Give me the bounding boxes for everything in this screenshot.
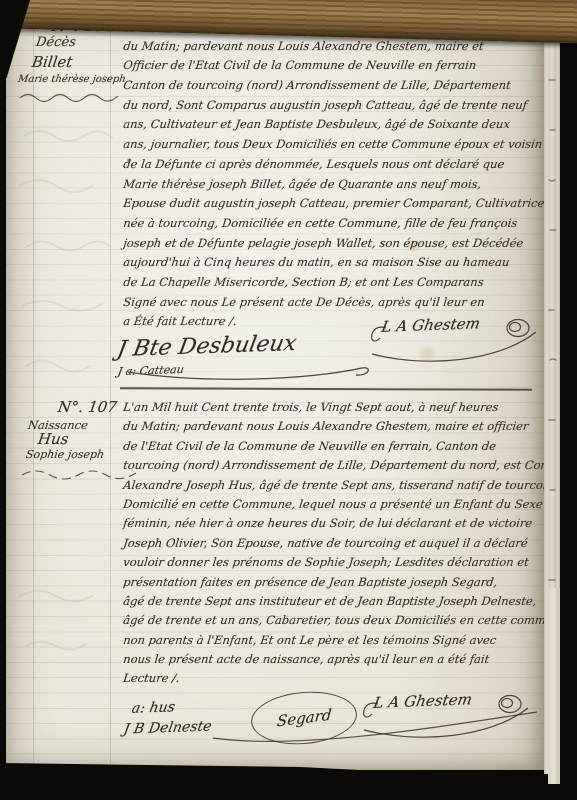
act-body-line: tourcoing (nord) Arrondissement de Lille… <box>122 456 577 475</box>
act-given-names: Marie thérèse joseph <box>17 74 126 85</box>
act-body-line: joseph et de Défunte pelagie joseph Wall… <box>122 234 545 254</box>
act-body-line: vouloir donner les prénoms de Sophie Jos… <box>122 553 577 572</box>
act-body-line: de la Défunte ci après dénommée, Lesquel… <box>122 155 545 175</box>
act-body-line: non parents à l'Enfant, Et ont Le père e… <box>122 631 577 650</box>
scan-background-left <box>0 0 6 800</box>
act-body: L'an Mil huit Cent trente trois, le Ving… <box>122 17 543 332</box>
signature-ghestem-name: L A Ghestem <box>372 690 474 711</box>
act-body-line: Joseph Olivier, Son Epouse, native de to… <box>122 534 577 553</box>
signature-ghestem: L A Ghestem <box>358 684 538 746</box>
act-number: N°. 107 <box>57 398 118 416</box>
act-body-line: du Matin; pardevant nous Louis Alexandre… <box>122 417 577 436</box>
act-body-line: présentation faites en présence de Jean … <box>122 573 577 592</box>
signature-desbuleux: J Bte Desbuleux <box>115 331 298 362</box>
signature-segard: Segard <box>276 706 332 731</box>
act-surname: Billet <box>31 53 74 71</box>
act-body: L'an Mil huit Cent trente trois, le Ving… <box>122 398 577 689</box>
signature-ghestem-name: L A Ghestem <box>380 314 482 335</box>
act-body-line: ans, journalier, tous Deux Domiciliés en… <box>122 135 545 155</box>
act-body-line: féminin, née hier à onze heures du Soir,… <box>122 514 577 533</box>
act-separator-rule <box>120 387 532 390</box>
margin-rule-left <box>33 16 34 770</box>
act-body-line: Epouse dudit augustin joseph Catteau, pr… <box>122 194 545 214</box>
act-given-names: Sophie joseph <box>25 448 105 461</box>
act-surname: Hus <box>37 430 70 448</box>
act-body-line: L'an Mil huit Cent trente trois, le Ving… <box>122 398 577 417</box>
act-body-line: âgé de trente Sept ans instituteur et de… <box>122 592 577 611</box>
act-body-line: aujourd'hui à Cinq heures du matin, en s… <box>122 253 545 273</box>
act-body-line: née à tourcoing, Domiciliée en cette Com… <box>122 214 545 234</box>
signature-catteau: J a: Catteau <box>117 363 185 378</box>
act-body-line: âgé de trente et un ans, Cabaretier, tou… <box>122 611 577 630</box>
act-body-line: du nord, Sont Comparus augustin joseph C… <box>122 96 545 116</box>
act-body-line: de l'Etat Civil de la Commune de Neuvill… <box>122 437 577 456</box>
act-body-line: Canton de tourcoing (nord) Arrondissemen… <box>122 76 545 96</box>
ink-bleed-marks <box>14 116 124 676</box>
act-body-line: Alexandre Joseph Hus, âgé de trente Sept… <box>122 476 577 495</box>
act-body-line: Marie thérèse joseph Billet, âgée de Qua… <box>122 175 545 195</box>
signature-ghestem: L A Ghestem <box>366 308 546 370</box>
act-body-line: ans, Cultivateur et Jean Baptiste Desbul… <box>122 115 545 135</box>
signature-segard-oval: Segard <box>249 687 359 748</box>
act-body-line: Officier de l'Etat Civil de la Commune d… <box>122 56 545 76</box>
register-page: N°. 106 Décès Billet Marie thérèse josep… <box>6 16 546 770</box>
act-body-line: de La Chapelle Misericorde, Section B; e… <box>122 273 545 293</box>
act-body-line: nous le présent acte de naissance, après… <box>122 650 577 669</box>
act-category: Décès <box>35 35 77 50</box>
signature-hus: a: hus <box>130 699 176 716</box>
signature-delneste: J B Delneste <box>122 718 213 737</box>
scan-background-right <box>560 0 577 800</box>
margin-rule-inner <box>110 16 111 770</box>
act-body-line: Domicilié en cette Commune, lequel nous … <box>122 495 577 514</box>
register-scan: N°. 106 Décès Billet Marie thérèse josep… <box>0 0 577 800</box>
